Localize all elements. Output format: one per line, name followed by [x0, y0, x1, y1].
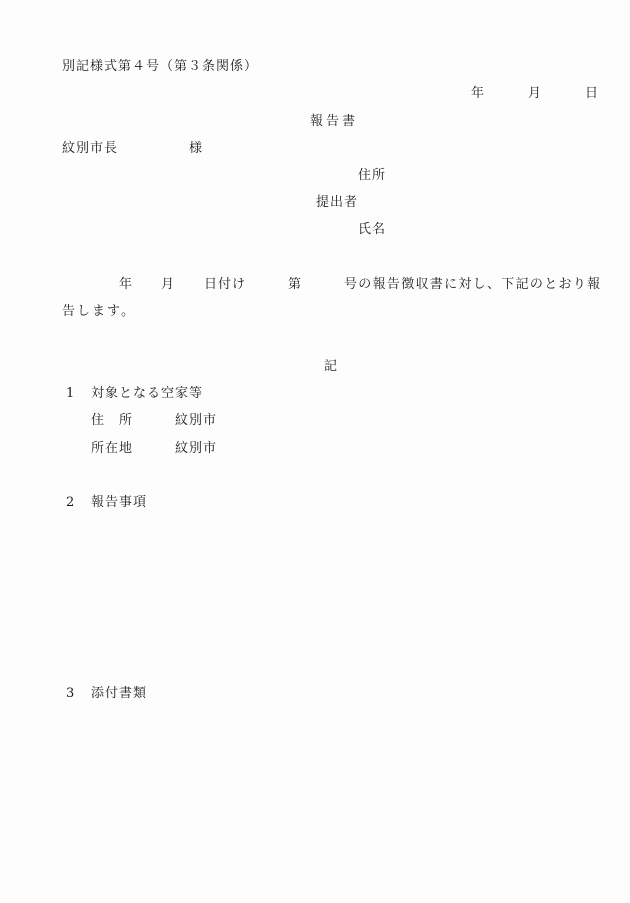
body-day-suffix: 日付け [204, 277, 246, 293]
section-2-title: 報告事項 [91, 495, 147, 511]
section-2-number: 2 [66, 495, 75, 511]
body-number-prefix: 第 [288, 277, 302, 293]
addressee-honorific: 様 [189, 141, 203, 157]
document-page: 別記様式第４号（第３条関係） 年 月 日 報告書 紋別市長 様 住所 提出者 氏… [0, 0, 630, 903]
submitter-address-label: 住所 [358, 168, 386, 184]
ki-heading: 記 [324, 359, 338, 375]
date-day-label: 日 [585, 86, 599, 102]
date-month-label: 月 [528, 86, 542, 102]
section-3-title: 添付書類 [91, 686, 147, 702]
date-year-label: 年 [471, 86, 485, 102]
body-line1-rest: 号の報告徴収書に対し、下記のとおり報 [344, 277, 601, 293]
form-label: 別記様式第４号（第３条関係） [62, 59, 258, 75]
body-line2: 告します。 [62, 304, 136, 320]
submitter-label: 提出者 [316, 195, 358, 211]
section-1-field-address-label: 住 所 [91, 413, 133, 429]
section-1-number: 1 [66, 386, 75, 402]
section-1-title: 対象となる空家等 [91, 386, 203, 402]
section-3-number: 3 [66, 686, 75, 702]
body-year-label: 年 [119, 277, 133, 293]
section-1-field-location-value: 紋別市 [175, 441, 217, 457]
section-1-field-address-value: 紋別市 [175, 413, 217, 429]
section-1-field-location-label: 所在地 [91, 441, 133, 457]
body-month-label: 月 [161, 277, 175, 293]
submitter-name-label: 氏名 [358, 222, 386, 238]
addressee-name: 紋別市長 [62, 141, 118, 157]
document-title: 報告書 [310, 114, 358, 130]
